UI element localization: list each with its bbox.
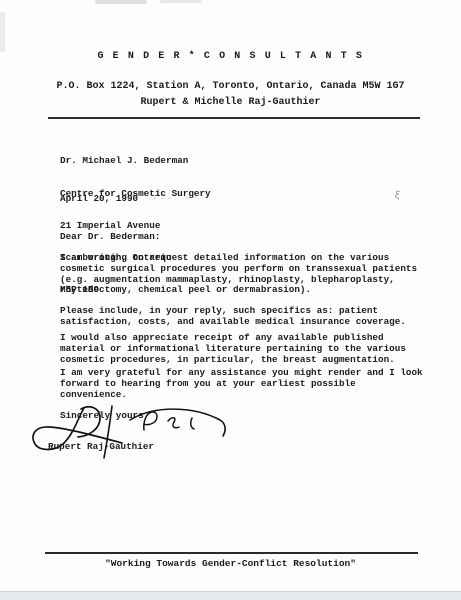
letterhead-divider — [48, 117, 420, 119]
letterhead-principals: Rupert & Michelle Raj-Gauthier — [0, 97, 461, 108]
scan-bottom-edge — [0, 591, 461, 600]
body-paragraph: I would also appreciate receipt of any a… — [60, 333, 432, 365]
recipient-street: 21 Imperial Avenue — [60, 221, 211, 232]
letter-date: April 20, 1990 — [60, 193, 138, 204]
pencil-smudge: —- — [186, 193, 199, 203]
salutation: Dear Dr. Bederman: — [60, 231, 160, 242]
scan-edge-artifact — [0, 12, 5, 52]
letter-page: G E N D E R * C O N S U L T A N T S P.O.… — [0, 0, 461, 600]
body-paragraph: Please include, in your reply, such spec… — [60, 306, 432, 328]
handwritten-signature — [26, 396, 241, 462]
footer-divider — [45, 552, 418, 554]
body-paragraph: I am writing to request detailed informa… — [60, 253, 432, 296]
recipient-name: Dr. Michael J. Bederman — [60, 156, 211, 167]
scan-smudge — [160, 0, 202, 3]
footer-tagline: "Working Towards Gender-Conflict Resolut… — [0, 558, 461, 569]
letterhead-address: P.O. Box 1224, Station A, Toronto, Ontar… — [0, 81, 461, 92]
pencil-smudge: -·- — [152, 194, 174, 204]
handwritten-margin-mark: ξ — [393, 191, 400, 203]
scan-smudge — [95, 0, 147, 4]
letterhead-org-name: G E N D E R * C O N S U L T A N T S — [0, 51, 461, 62]
